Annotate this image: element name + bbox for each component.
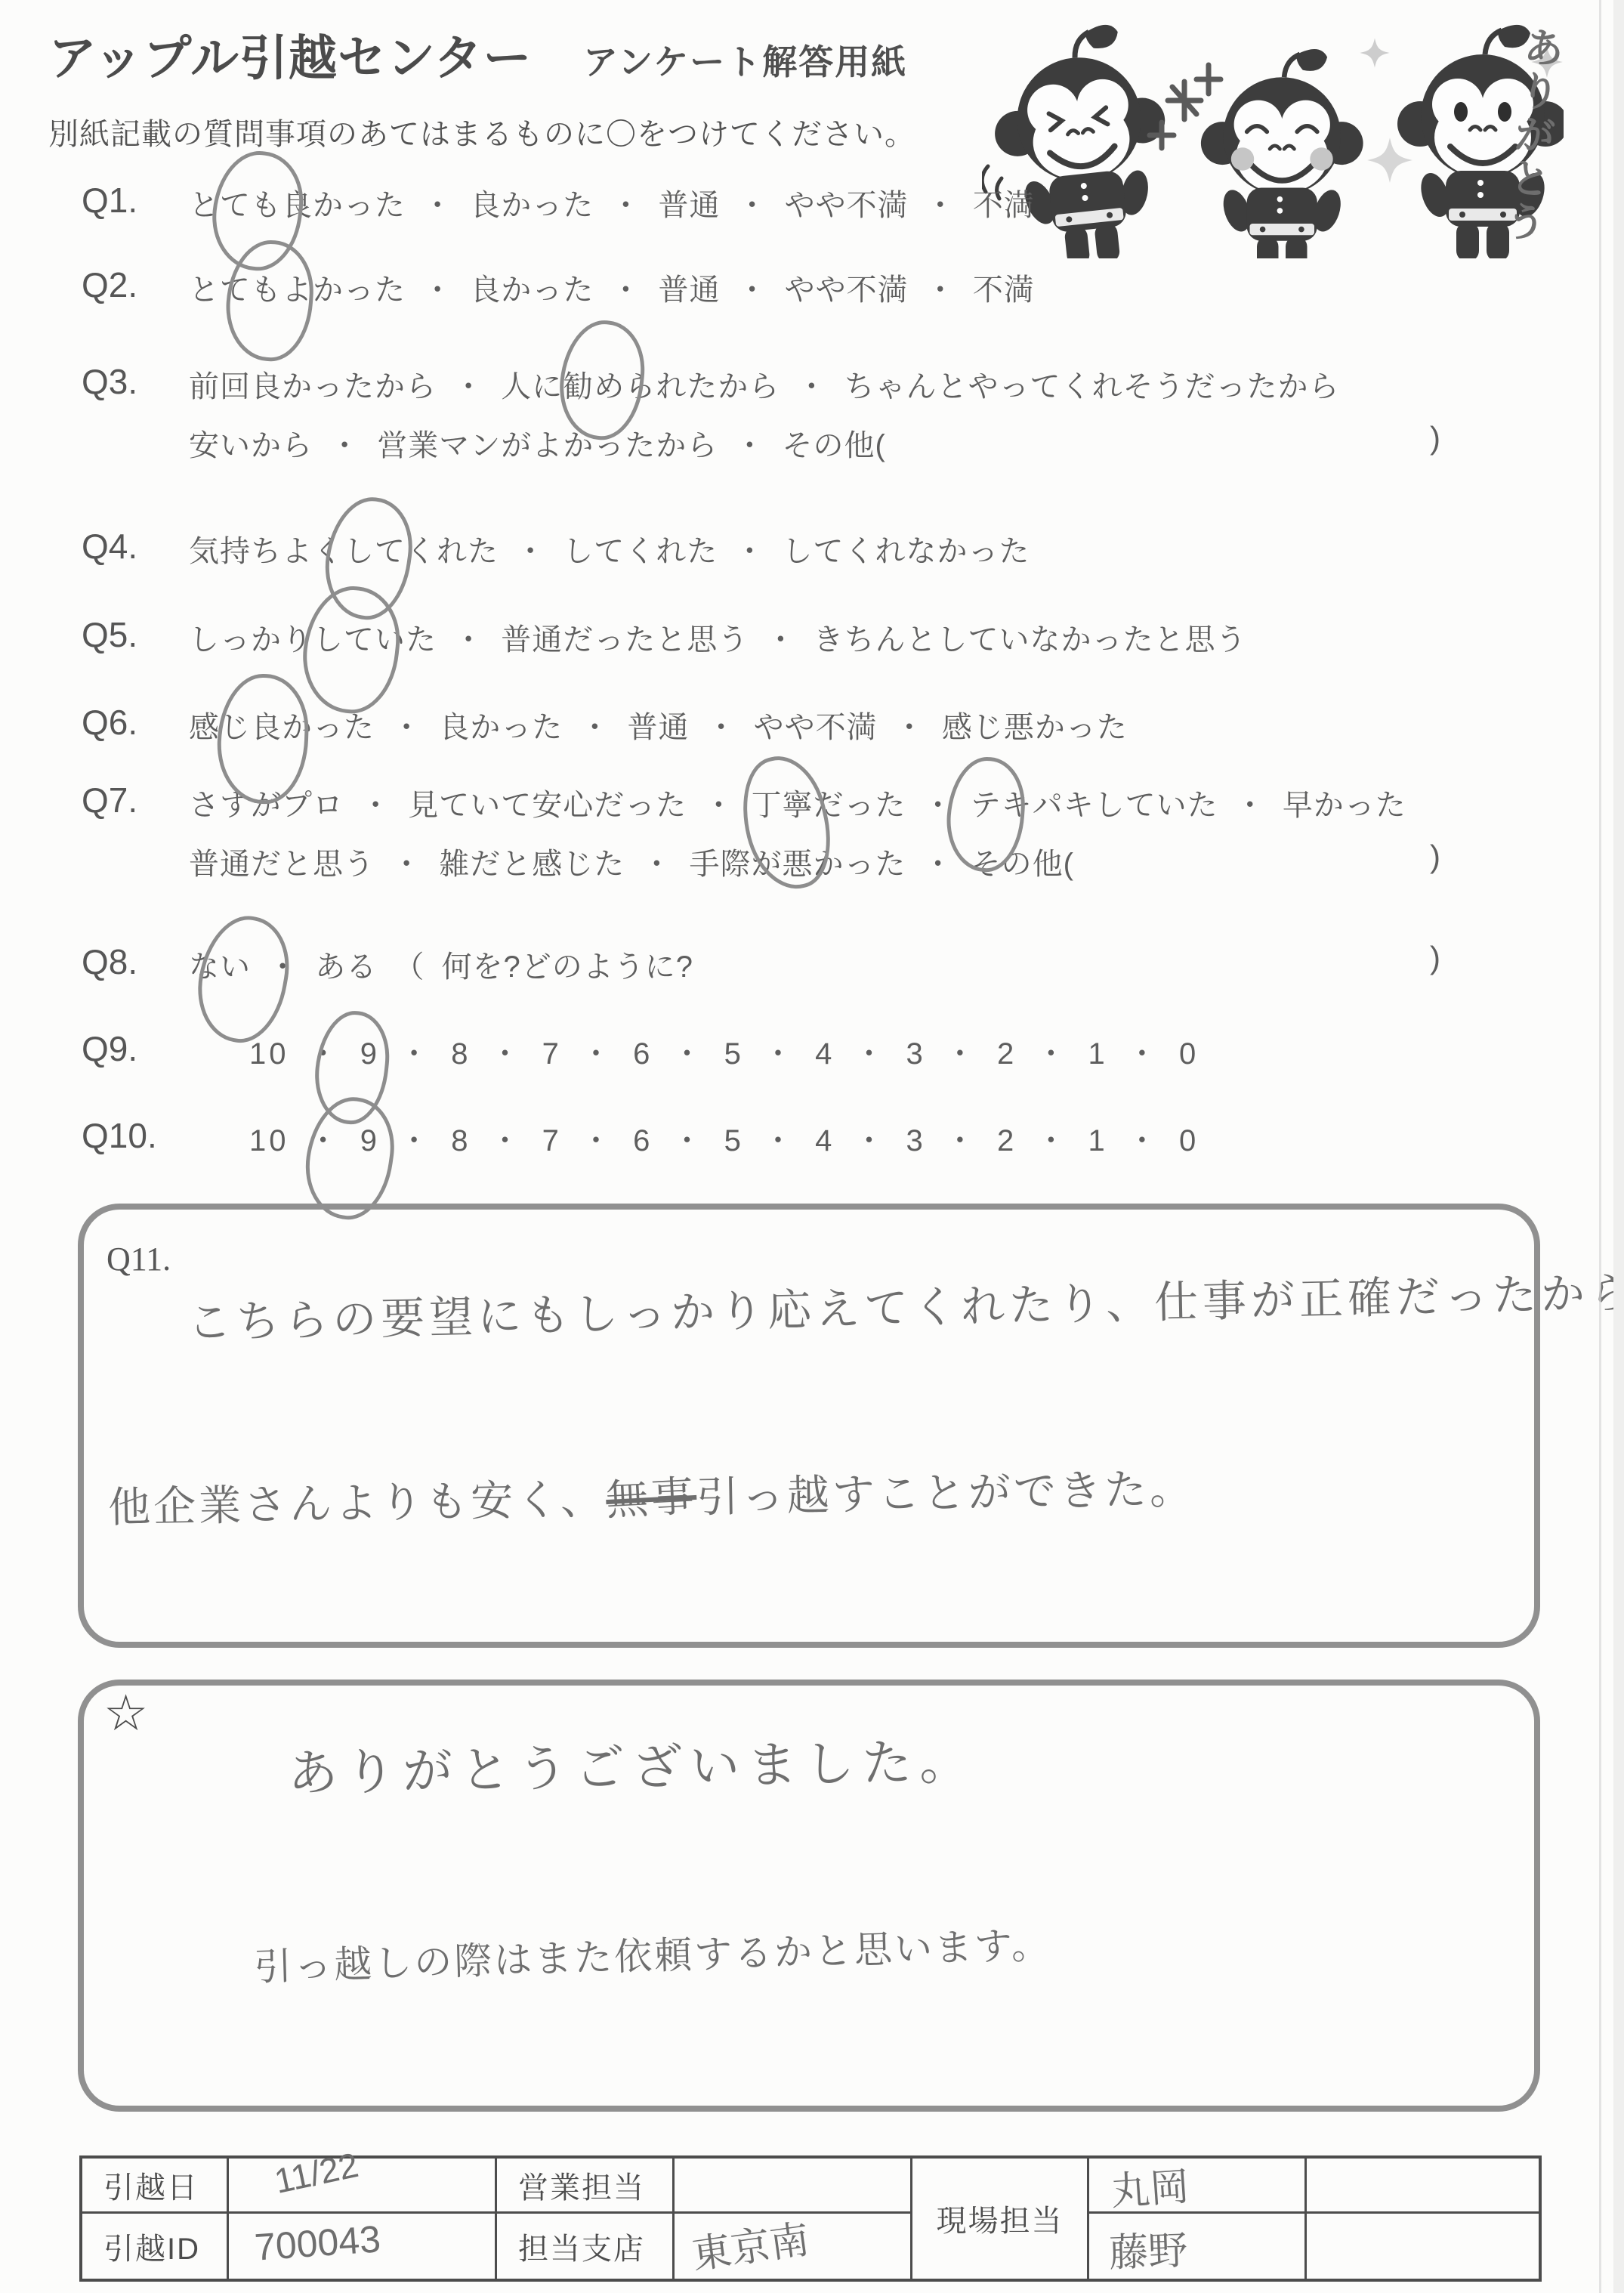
comment-handwritten-line2: 引っ越しの際はまた依頼するかと思います。 bbox=[253, 1914, 1052, 1991]
q2-options: とてもよかった ・ 良かった ・ 普通 ・ やや不満 ・ 不満 bbox=[189, 266, 1035, 309]
mascot-monkeys-illustration bbox=[982, 9, 1564, 258]
q11-line2-pre: 他企業さんよりも安く、 bbox=[108, 1475, 607, 1531]
q11-line2-post: 引っ越すことができた。 bbox=[696, 1464, 1195, 1521]
q11-handwritten-line2: 他企業さんよりも安く、無事引っ越すことができた。 bbox=[107, 1455, 1195, 1534]
move-date-label: 引越日 bbox=[82, 2159, 229, 2214]
move-id-value-cell: 700043 bbox=[229, 2214, 497, 2279]
q7-options-line2: 普通だと思う ・ 雑だと感じた ・ 手際が悪かった ・ その他( bbox=[189, 840, 1074, 883]
q4-options: 気持ちよくしてくれた ・ してくれた ・ してくれなかった bbox=[189, 527, 1030, 570]
branch-value-cell: 東京南 bbox=[675, 2214, 912, 2279]
field-rep2-handwritten: 藤野 bbox=[1108, 2218, 1189, 2278]
field-rep-label: 現場担当 bbox=[912, 2159, 1089, 2279]
q10-label: Q10. bbox=[82, 1115, 157, 1156]
q9-scale: 10 ・ 9 ・ 8 ・ 7 ・ 6 ・ 5 ・ 4 ・ 3 ・ 2 ・ 1 ・… bbox=[249, 1030, 1199, 1073]
move-date-handwritten: 11/22 bbox=[271, 2144, 362, 2202]
brand-title: アップル引越センター bbox=[48, 20, 532, 89]
field-rep-value2-cell: 藤野 bbox=[1089, 2214, 1307, 2279]
star-icon: ☆ bbox=[103, 1684, 148, 1742]
q2-label: Q2. bbox=[82, 264, 137, 305]
q8-close-paren: ) bbox=[1430, 940, 1440, 976]
q11-handwritten-line1: こちらの要望にもしっかり応えてくれたり、仕事が正確だったから。 bbox=[187, 1256, 1624, 1351]
footer-empty-cell-2 bbox=[1307, 2214, 1539, 2279]
move-id-label: 引越ID bbox=[82, 2214, 229, 2279]
q4-label: Q4. bbox=[82, 526, 137, 567]
q1-label: Q1. bbox=[82, 180, 137, 221]
q3-options-line1: 前回良かったから ・ 人に勧められたから ・ ちゃんとやってくれそうだったから bbox=[189, 363, 1339, 406]
q6-label: Q6. bbox=[82, 702, 137, 743]
footer-empty-cell-1 bbox=[1307, 2159, 1539, 2214]
q3-close-paren: ) bbox=[1430, 420, 1440, 456]
branch-label: 担当支店 bbox=[497, 2214, 675, 2279]
q6-options: 感じ良かった ・ 良かった ・ 普通 ・ やや不満 ・ 感じ悪かった bbox=[189, 703, 1128, 746]
instruction-text: 別紙記載の質問事項のあてはまるものに〇をつけてください。 bbox=[48, 110, 915, 153]
q11-comment-box: Q11. こちらの要望にもしっかり応えてくれたり、仕事が正確だったから。 他企業… bbox=[78, 1204, 1540, 1648]
branch-handwritten: 東京南 bbox=[688, 2208, 813, 2280]
field-rep-value1-cell: 丸岡 bbox=[1089, 2159, 1307, 2214]
answer-circle-q8 bbox=[189, 909, 297, 1049]
field-rep1-handwritten: 丸岡 bbox=[1109, 2154, 1191, 2216]
q1-options: とても良かった ・ 良かった ・ 普通 ・ やや不満 ・ 不満 bbox=[189, 181, 1035, 224]
sales-rep-label: 営業担当 bbox=[497, 2159, 675, 2214]
q3-options-line2: 安いから ・ 営業マンがよかったから ・ その他( bbox=[189, 422, 886, 465]
scan-right-shade bbox=[1613, 0, 1624, 2293]
q7-label: Q7. bbox=[82, 780, 137, 820]
q5-label: Q5. bbox=[82, 614, 137, 655]
q8-label: Q8. bbox=[82, 941, 137, 982]
move-id-handwritten: 700043 bbox=[253, 2217, 381, 2269]
sales-rep-value-cell bbox=[675, 2159, 912, 2214]
q9-label: Q9. bbox=[82, 1028, 137, 1069]
q3-label: Q3. bbox=[82, 361, 137, 402]
survey-sheet-scan: アップル引越センター アンケート解答用紙 別紙記載の質問事項のあてはまるものに〇… bbox=[0, 0, 1624, 2293]
scan-edge-line bbox=[1599, 0, 1601, 2293]
star-comment-box: ☆ ありがとうございました。 引っ越しの際はまた依頼するかと思います。 bbox=[78, 1680, 1540, 2112]
q7-close-paren: ) bbox=[1430, 839, 1440, 875]
sheet-title: アンケート解答用紙 bbox=[583, 35, 907, 85]
move-date-value-cell: 11/22 bbox=[229, 2159, 497, 2214]
comment-handwritten-line1: ありがとうございました。 bbox=[287, 1721, 977, 1805]
footer-info-table: 引越日 11/22 営業担当 現場担当 丸岡 引越ID 700043 担当支店 … bbox=[79, 2155, 1542, 2282]
q11-line2-scribbled-word: 無事 bbox=[604, 1463, 698, 1528]
q11-label: Q11. bbox=[107, 1240, 171, 1278]
